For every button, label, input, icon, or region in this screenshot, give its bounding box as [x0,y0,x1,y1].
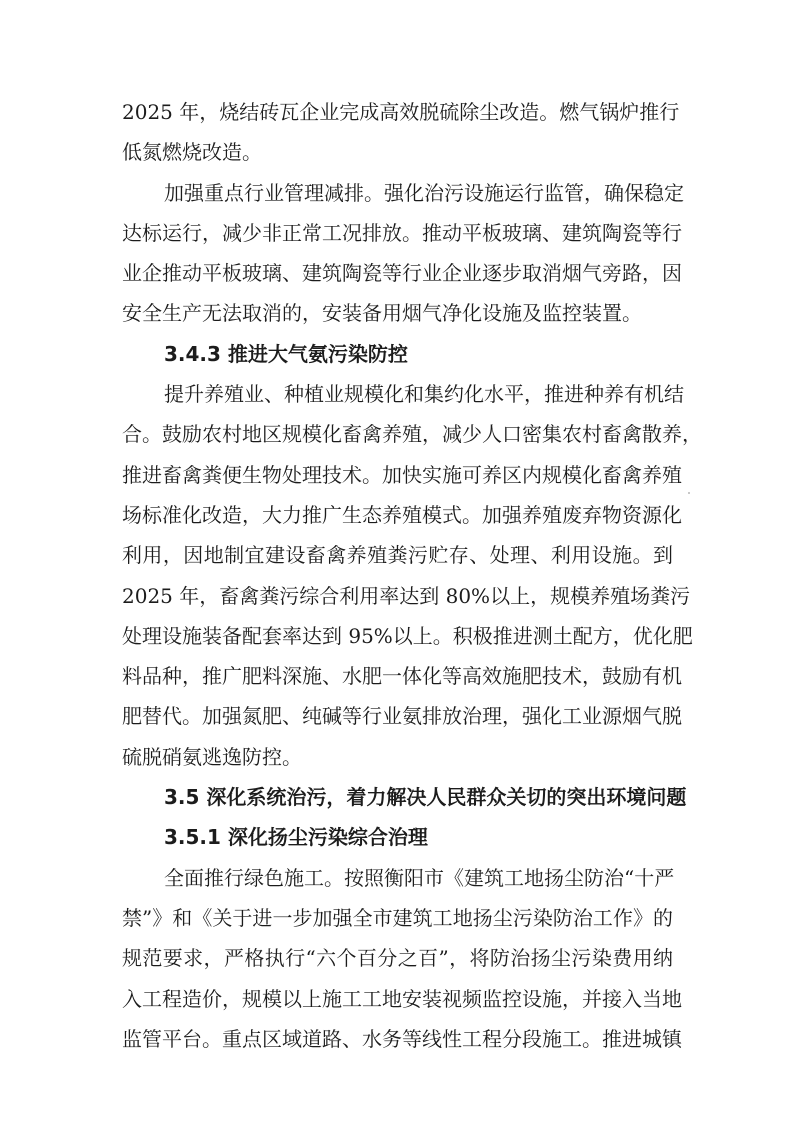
text-line: 2025 年，烧结砖瓦企业完成高效脱硫除尘改造。燃气锅炉推行 [122,92,673,132]
text-line: 禁”》和《关于进一步加强全市建筑工地扬尘污染防治工作》的 [122,898,673,938]
text-line: 低氮燃烧改造。 [122,132,673,172]
section-heading-3-5-1: 3.5.1 深化扬尘污染综合治理 [122,817,673,857]
text-line: 达标运行，减少非正常工况排放。推动平板玻璃、建筑陶瓷等行 [122,213,673,253]
section-heading-3-5: 3.5 深化系统治污，着力解决人民群众关切的突出环境问题 [122,777,673,817]
paragraph-key-industry-reduction: 加强重点行业管理减排。强化治污设施运行监管，确保稳定 达标运行，减少非正常工况排… [122,173,673,334]
paragraph-dust-control: 全面推行绿色施工。按照衡阳市《建筑工地扬尘防治“十严 禁”》和《关于进一步加强全… [122,858,673,1059]
text-line: 全面推行绿色施工。按照衡阳市《建筑工地扬尘防治“十严 [122,858,673,898]
text-line: 肥替代。加强氮肥、纯碱等行业氨排放治理，强化工业源烟气脱 [122,696,673,736]
document-page: 2025 年，烧结砖瓦企业完成高效脱硫除尘改造。燃气锅炉推行 低氮燃烧改造。 加… [122,92,673,1059]
text-line: 规范要求，严格执行“六个百分之百”，将防治扬尘污染费用纳 [122,938,673,978]
text-line: 合。鼓励农村地区规模化畜禽养殖，减少人口密集农村畜禽散养， [122,414,673,454]
section-heading-3-4-3: 3.4.3 推进大气氨污染防控 [122,334,673,374]
text-line: 监管平台。重点区域道路、水务等线性工程分段施工。推进城镇 [122,1019,673,1059]
text-line: 安全生产无法取消的，安装备用烟气净化设施及监控装置。 [122,293,673,333]
paragraph-boiler-retrofit: 2025 年，烧结砖瓦企业完成高效脱硫除尘改造。燃气锅炉推行 低氮燃烧改造。 [122,92,673,173]
text-line: 提升养殖业、种植业规模化和集约化水平，推进种养有机结 [122,374,673,414]
paragraph-ammonia-control: 提升养殖业、种植业规模化和集约化水平，推进种养有机结 合。鼓励农村地区规模化畜禽… [122,374,673,777]
scan-speck [688,492,690,494]
text-line: 料品种，推广肥料深施、水肥一体化等高效施肥技术，鼓励有机 [122,656,673,696]
text-line: 加强重点行业管理减排。强化治污设施运行监管，确保稳定 [122,173,673,213]
text-line: 入工程造价，规模以上施工工地安装视频监控设施，并接入当地 [122,979,673,1019]
text-line: 场标准化改造，大力推广生态养殖模式。加强养殖废弃物资源化 [122,495,673,535]
text-line: 处理设施装备配套率达到 95%以上。积极推进测土配方，优化肥 [122,616,673,656]
text-line: 推进畜禽粪便生物处理技术。加快实施可养区内规模化畜禽养殖 [122,455,673,495]
text-line: 硫脱硝氨逃逸防控。 [122,737,673,777]
text-line: 业企推动平板玻璃、建筑陶瓷等行业企业逐步取消烟气旁路，因 [122,253,673,293]
text-line: 利用，因地制宜建设畜禽养殖粪污贮存、处理、利用设施。到 [122,535,673,575]
text-line: 2025 年，畜禽粪污综合利用率达到 80%以上，规模养殖场粪污 [122,576,673,616]
